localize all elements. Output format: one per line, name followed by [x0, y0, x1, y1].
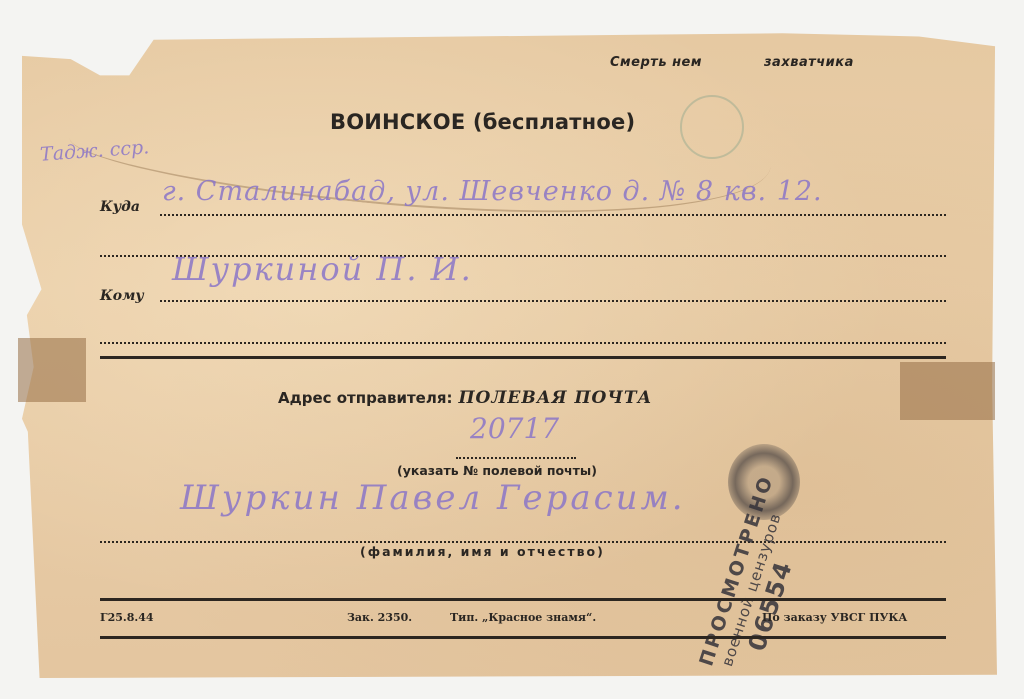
sender-name-caption: (фамилия, имя и отчество) [360, 544, 605, 559]
faded-postmark [680, 95, 744, 159]
to-whom-value: Шуркиной П. И. [172, 250, 473, 288]
field-post-label: ПОЛЕВАЯ ПОЧТА [458, 388, 652, 408]
tape-patch-left [18, 338, 86, 402]
footer-code: Г25.8.44 [100, 611, 154, 624]
field-post-number: 20717 [470, 412, 559, 445]
recipient-line-1 [160, 300, 946, 302]
address-line-1 [160, 214, 946, 216]
sender-name-line [100, 541, 946, 543]
to-where-value: г. Сталинабад, ул. Шевченко д. № 8 кв. 1… [162, 176, 823, 207]
footer-order: Зак. 2350. [347, 611, 412, 624]
recipient-line-2 [100, 342, 946, 344]
sender-heading: Адрес отправителя:ПОЛЕВАЯ ПОЧТА [278, 388, 652, 408]
field-post-line [456, 457, 576, 459]
tape-patch-right [900, 362, 995, 420]
envelope-title: ВОИНСКОЕ (бесплатное) [330, 110, 635, 134]
sender-label: Адрес отправителя: [278, 389, 452, 407]
to-where-label: Куда [100, 199, 140, 215]
sender-name-value: Шуркин Павел Герасим. [180, 478, 686, 518]
footer-commissioned: По заказу УВСГ ПУКА [762, 611, 907, 624]
footer-printer: Тип. „Красное знамя“. [450, 611, 596, 624]
slogan: Смерть немзахватчика [610, 55, 854, 70]
footer-bottom-rule [100, 636, 946, 639]
footer-top-rule [100, 598, 946, 601]
section-divider [100, 356, 946, 359]
to-whom-label: Кому [100, 288, 144, 304]
slogan-part2: захватчика [764, 55, 854, 70]
slogan-part1: Смерть нем [610, 55, 702, 70]
field-post-caption: (указать № полевой почты) [397, 463, 597, 478]
